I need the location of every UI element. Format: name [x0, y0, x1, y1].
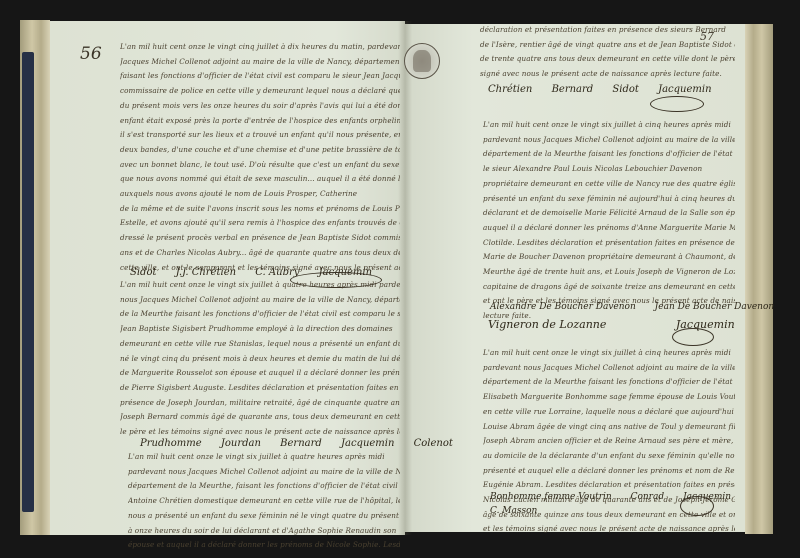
record-entry-3: L'an mil huit cent onze le vingt six jui…	[128, 450, 400, 553]
entry-line: déclaration et présentation faites en pr…	[480, 23, 735, 38]
entry-line: du présent mois vers les onze heures du …	[120, 99, 400, 114]
entry-line: pardevant nous Jacques Michel Collenot a…	[128, 465, 400, 480]
page-edges-right	[745, 24, 773, 534]
signature: Chrétien	[488, 84, 532, 95]
entry-line: capitaine de dragons âgé de soixante tre…	[483, 280, 735, 295]
signature: Sidot	[130, 267, 157, 278]
entry-line: Marie de Boucher Davenon propriétaire de…	[483, 250, 735, 265]
entry-line: département de la Meurthe, faisant les f…	[128, 479, 400, 494]
signature: Bernard	[552, 84, 594, 95]
entry-line: L'an mil huit cent onze le vingt six jui…	[483, 346, 735, 361]
entry-line: Joseph Bernard commis âgé de quarante an…	[120, 410, 400, 425]
entry-line: commissaire de police en cette ville y d…	[120, 84, 400, 99]
signature: Bernard	[280, 438, 322, 449]
folio-number: 56	[80, 44, 102, 64]
entry-line: né le vingt cinq du présent mois à deux …	[120, 352, 400, 367]
entry-line: Clotilde. Lesdites déclaration et présen…	[483, 236, 735, 251]
signature: Prudhomme	[140, 438, 202, 449]
entry-line: signé avec nous le présent acte de naiss…	[480, 67, 735, 82]
entry-line: déclarant et de demoiselle Marie Félicit…	[483, 206, 735, 221]
entry-line: ans et de Charles Nicolas Aubry... âgé d…	[120, 246, 400, 261]
entry-line: Meurthe âgé de trente huit ans, et Louis…	[483, 265, 735, 280]
entry-line: L'an mil huit cent onze le vingt six jui…	[120, 278, 400, 293]
entry-line: présenté et auquel elle a déclaré donner…	[483, 464, 735, 479]
signatures-entry-4: Chrétien Bernard Sidot Jacquemin	[488, 84, 728, 95]
entry-line: faisant les fonctions d'officier de l'ét…	[120, 69, 400, 84]
entry-line: le sieur Alexandre Paul Louis Nicolas Le…	[483, 162, 735, 177]
signature: Jacquemin	[658, 84, 711, 95]
entry-line: dressé le présent procès verbal en prése…	[120, 231, 400, 246]
signature: J.J. Chrétien	[176, 267, 236, 278]
entry-line: enfant était exposé près la porte d'entr…	[120, 114, 400, 129]
signatures-entry-5b: Vigneron de Lozanne Jacquemin	[488, 318, 751, 331]
entry-line: au domicile de la déclarante d'un enfant…	[483, 449, 735, 464]
signature: Jacquemin	[341, 438, 394, 449]
entry-line: département de la Meurthe faisant les fo…	[483, 147, 735, 162]
entry-line: de Pierre Sigisbert Auguste. Lesdites dé…	[120, 381, 400, 396]
entry-line: L'an mil huit cent onze le vingt cinq ju…	[120, 40, 400, 55]
entry-line: à onze heures du soir de lui déclarant e…	[128, 524, 400, 539]
entry-line: Louise Abram âgée de vingt cinq ans nati…	[483, 420, 735, 435]
seal-stamp-icon	[404, 43, 440, 79]
entry-line: et les témoins signé avec nous le présen…	[483, 522, 735, 537]
entry-line: présenté un enfant du sexe féminin né au…	[483, 192, 735, 207]
signatures-entry-2: Prudhomme Jourdan Bernard Jacquemin Cole…	[140, 438, 469, 449]
entry-line: auxquels nous avons ajouté le nom de Lou…	[120, 187, 400, 202]
signature-flourish-icon	[680, 496, 714, 516]
entry-line: Jean Baptiste Sigisbert Prudhomme employ…	[120, 322, 400, 337]
signature: Vigneron de Lozanne	[488, 318, 606, 331]
entry-line: Elisabeth Marguerite Bonhomme sage femme…	[483, 390, 735, 405]
entry-line: pardevant nous Jacques Michel Collenot a…	[483, 133, 735, 148]
entry-line: nous a présenté un enfant du sexe fémini…	[128, 509, 400, 524]
entry-line: L'an mil huit cent onze le vingt six jui…	[128, 450, 400, 465]
entry-line: deux bandes, d'une couche et d'une chemi…	[120, 143, 400, 158]
entry-line: de Marguerite Rousselot son épouse et au…	[120, 366, 400, 381]
entry-line: que nous avons nommé qui était de sexe m…	[120, 172, 400, 187]
signature: Jourdan	[221, 438, 261, 449]
signature: Bonhomme femme Voutrin	[490, 492, 612, 502]
signature: Sidot	[612, 84, 639, 95]
entry-line: épouse et auquel il a déclaré donner les…	[128, 538, 400, 553]
book-gutter	[398, 21, 412, 535]
record-entry-2: L'an mil huit cent onze le vingt six jui…	[120, 278, 400, 440]
entry-line: de la même et de suite l'avons inscrit s…	[120, 202, 400, 217]
signature: Colenot	[414, 438, 453, 449]
entry-line: Joseph Abram ancien officier et de Reine…	[483, 434, 735, 449]
binding-left	[22, 52, 34, 512]
signature: Conrad	[631, 492, 665, 502]
entry-line: propriétaire demeurant en cette ville de…	[483, 177, 735, 192]
entry-line: nous Jacques Michel Collenot adjoint au …	[120, 293, 400, 308]
signature-flourish-icon	[650, 96, 704, 112]
signatures-entry-6b: C. Masson	[490, 506, 553, 516]
entry-line: L'an mil huit cent onze le vingt six jui…	[483, 118, 735, 133]
record-entry-1: L'an mil huit cent onze le vingt cinq ju…	[120, 40, 400, 275]
entry-line: pardevant nous Jacques Michel Collenot a…	[483, 361, 735, 376]
entry-line: Eugénie Abram. Lesdites déclaration et p…	[483, 478, 735, 493]
entry-line: Estelle, et avons ajouté qu'il sera remi…	[120, 216, 400, 231]
entry-line: de l'Isère, rentier âgé de vingt quatre …	[480, 38, 735, 53]
entry-line: il s'est transporté sur les lieux et a t…	[120, 128, 400, 143]
entry-line: Jacques Michel Collenot adjoint au maire…	[120, 55, 400, 70]
entry-line: en cette ville rue Lorraine, laquelle no…	[483, 405, 735, 420]
entry-line: avec un bonnet blanc, le tout usé. D'où …	[120, 158, 400, 173]
record-entry-4: déclaration et présentation faites en pr…	[480, 23, 735, 82]
entry-line: de trente quatre ans tous deux demeurant…	[480, 52, 735, 67]
signatures-entry-5: Alexandre De Boucher Davenon Jean De Bou…	[490, 302, 790, 312]
entry-line: Antoine Chrétien domestique demeurant en…	[128, 494, 400, 509]
record-entry-5: L'an mil huit cent onze le vingt six jui…	[483, 118, 735, 324]
entry-line: demeurant en cette ville rue Stanislas, …	[120, 337, 400, 352]
signature: Alexandre De Boucher Davenon	[490, 302, 636, 312]
entry-line: de la Meurthe faisant les fonctions d'of…	[120, 307, 400, 322]
signature: C. Masson	[490, 506, 537, 516]
entry-line: présence de Joseph Jourdan, militaire re…	[120, 396, 400, 411]
entry-line: département de la Meurthe faisant les fo…	[483, 375, 735, 390]
signature-flourish-icon	[672, 328, 714, 346]
entry-line: auquel il a déclaré donner les prénoms d…	[483, 221, 735, 236]
signature: Jean De Boucher Davenon	[655, 302, 775, 312]
